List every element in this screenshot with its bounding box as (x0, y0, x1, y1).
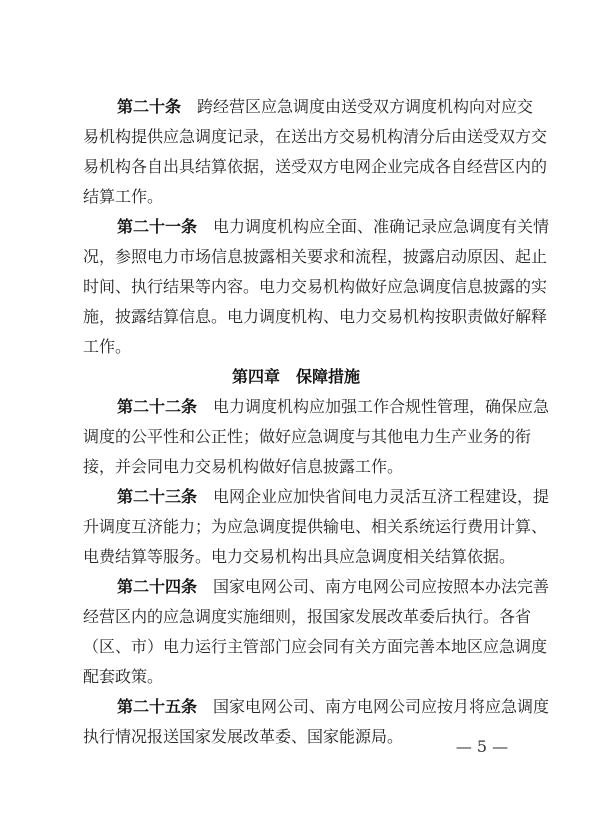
article-line: 第二十三条电网企业应加快省间电力灵活互济工程建设，提 (83, 482, 509, 512)
article-line: 第二十四条国家电网公司、南方电网公司应按照本办法完善 (83, 572, 509, 602)
chapter-number: 第四章 (232, 367, 280, 386)
article-title: 第二十二条 (117, 397, 197, 416)
document-page: 第二十条跨经营区应急调度由送受双方调度机构向对应交 易机构提供应急调度记录，在送… (0, 0, 589, 828)
article-24: 第二十四条国家电网公司、南方电网公司应按照本办法完善 经营区内的应急调度实施细则… (83, 572, 509, 692)
article-line: 第二十条跨经营区应急调度由送受双方调度机构向对应交 (83, 92, 509, 122)
article-line: 经营区内的应急调度实施细则，报国家发展改革委后执行。各省 (83, 602, 509, 632)
article-line: 接，并会同电力交易机构做好信息披露工作。 (83, 452, 509, 482)
document-body: 第二十条跨经营区应急调度由送受双方调度机构向对应交 易机构提供应急调度记录，在送… (83, 92, 509, 752)
article-line: 易机构各自出具结算依据，送受双方电网企业完成各自经营区内的 (83, 152, 509, 182)
article-title: 第二十五条 (117, 697, 197, 716)
article-line: 时间、执行结果等内容。电力交易机构做好应急调度信息披露的实 (83, 272, 509, 302)
article-line: 况，参照电力市场信息披露相关要求和流程，披露启动原因、起止 (83, 242, 509, 272)
article-line: 第二十五条国家电网公司、南方电网公司应按月将应急调度 (83, 692, 509, 722)
article-line: 第二十一条电力调度机构应全面、准确记录应急调度有关情 (83, 212, 509, 242)
article-title: 第二十一条 (117, 217, 197, 236)
article-line: 工作。 (83, 332, 509, 362)
article-line: 调度的公平性和公正性；做好应急调度与其他电力生产业务的衔 (83, 422, 509, 452)
article-line: 结算工作。 (83, 182, 509, 212)
chapter-heading: 第四章保障措施 (83, 362, 509, 392)
article-line: 配套政策。 (83, 662, 509, 692)
article-line: 执行情况报送国家发展改革委、国家能源局。 (83, 722, 509, 752)
article-22: 第二十二条电力调度机构应加强工作合规性管理，确保应急 调度的公平性和公正性；做好… (83, 392, 509, 482)
chapter-title: 保障措施 (296, 367, 360, 386)
article-line: 电费结算等服务。电力交易机构出具应急调度相关结算依据。 (83, 542, 509, 572)
article-line: 易机构提供应急调度记录，在送出方交易机构清分后由送受双方交 (83, 122, 509, 152)
article-line: 施，披露结算信息。电力调度机构、电力交易机构按职责做好解释 (83, 302, 509, 332)
article-line: （区、市）电力运行主管部门应会同有关方面完善本地区应急调度 (83, 632, 509, 662)
article-20: 第二十条跨经营区应急调度由送受双方调度机构向对应交 易机构提供应急调度记录，在送… (83, 92, 509, 212)
article-line: 升调度互济能力；为应急调度提供输电、相关系统运行费用计算、 (83, 512, 509, 542)
article-title: 第二十三条 (117, 487, 197, 506)
article-25: 第二十五条国家电网公司、南方电网公司应按月将应急调度 执行情况报送国家发展改革委… (83, 692, 509, 752)
article-title: 第二十四条 (117, 577, 197, 596)
article-line: 第二十二条电力调度机构应加强工作合规性管理，确保应急 (83, 392, 509, 422)
article-21: 第二十一条电力调度机构应全面、准确记录应急调度有关情 况，参照电力市场信息披露相… (83, 212, 509, 362)
article-23: 第二十三条电网企业应加快省间电力灵活互济工程建设，提 升调度互济能力；为应急调度… (83, 482, 509, 572)
page-number: — 5 — (452, 737, 512, 756)
article-title: 第二十条 (117, 97, 181, 116)
